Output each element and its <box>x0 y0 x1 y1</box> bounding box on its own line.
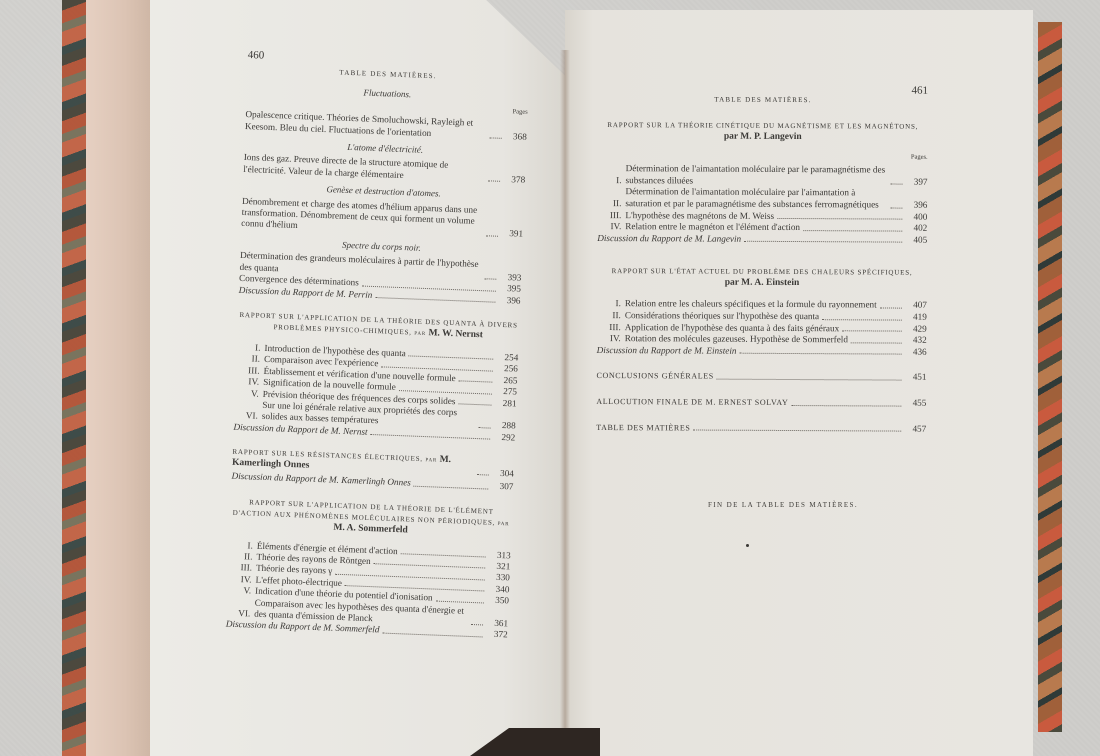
entry-title: Dénombrement et charge des atomes d'héli… <box>241 196 484 239</box>
entry-title: TABLE DES MATIÈRES <box>596 421 690 433</box>
right-page-content: 461 TABLE DES MATIÈRES. RAPPORT SUR LA T… <box>596 92 928 449</box>
entry-page: 436 <box>905 346 927 358</box>
dot-leader <box>739 353 901 355</box>
entry-page: 372 <box>485 629 507 641</box>
left-page-content: 460 TABLE DES MATIÈRES. Fluctuations.Pag… <box>226 48 530 641</box>
toc-entry: II.Détermination de l'aimantation molécu… <box>597 186 927 211</box>
entry-page: 457 <box>904 423 926 435</box>
dot-leader <box>488 181 500 182</box>
report-author: M. Kamerlingh Onnes <box>232 455 451 471</box>
report-heading: RAPPORT SUR LA THÉORIE CINÉTIQUE DU MAGN… <box>598 120 928 144</box>
entry-number: V. <box>235 387 263 399</box>
running-head: TABLE DES MATIÈRES. <box>598 94 928 107</box>
entry-page: 281 <box>494 397 516 409</box>
entry-number: IV. <box>597 221 625 233</box>
entry-number: IV. <box>597 333 625 345</box>
marbled-cover-left <box>62 0 86 756</box>
entry-page: 288 <box>493 420 515 432</box>
entry-page: 405 <box>905 234 927 246</box>
entry-title: CONCLUSIONS GÉNÉRALES <box>596 370 713 382</box>
dot-leader <box>458 403 491 405</box>
entry-page: 397 <box>906 176 928 188</box>
dot-leader <box>744 241 902 243</box>
entry-page: 396 <box>498 294 520 306</box>
dot-leader <box>414 485 489 489</box>
entry-title: Discussion du Rapport de M. Einstein <box>597 345 737 357</box>
dot-leader <box>486 235 498 236</box>
toc-entry: Discussion du Rapport de M. Einstein436 <box>597 345 927 358</box>
entry-title: Relation entre le magnéton et l'élément … <box>625 221 800 234</box>
dot-leader <box>851 342 902 343</box>
entry-title: ALLOCUTION FINALE DE M. ERNEST SOLVAY <box>596 396 788 409</box>
dot-leader <box>459 380 493 382</box>
entry-page: 361 <box>486 618 508 630</box>
entry-page: 340 <box>487 583 509 595</box>
dot-leader <box>842 330 902 331</box>
entry-number: I. <box>598 175 626 187</box>
dot-leader <box>777 218 902 220</box>
paper-speck <box>746 544 749 547</box>
entry-page: 265 <box>495 374 517 386</box>
entry-page: 400 <box>905 211 927 223</box>
entry-page: 292 <box>493 431 515 443</box>
report-heading: RAPPORT SUR L'ÉTAT ACTUEL DU PROBLÈME DE… <box>597 266 927 290</box>
entry-page: 419 <box>905 312 927 324</box>
entry-page: 275 <box>495 386 517 398</box>
dot-leader <box>822 319 902 320</box>
report-byline: par M. A. Einstein <box>725 278 800 288</box>
dot-leader <box>490 137 502 138</box>
entry-title: Détermination de l'aimantation moléculai… <box>625 187 887 212</box>
dot-leader <box>471 624 483 625</box>
entry-page: 393 <box>499 272 521 284</box>
entry-page: 429 <box>905 323 927 335</box>
entry-page: 321 <box>488 561 510 573</box>
entry-title: Considérations théoriques sur l'hypothès… <box>625 310 819 323</box>
entry-number: II. <box>597 198 625 210</box>
entry-title: Détermination de l'aimantation moléculai… <box>626 163 888 188</box>
entry-page: 407 <box>905 300 927 312</box>
entry-number: I. <box>597 298 625 310</box>
dot-leader <box>370 434 490 440</box>
dot-leader <box>484 278 496 279</box>
entry-title: L'hypothèse des magnétons de M. Weiss <box>625 210 774 222</box>
entry-page: 396 <box>905 200 927 212</box>
report-heading: RAPPORT SUR L'APPLICATION DE LA THÉORIE … <box>237 310 520 343</box>
dot-leader <box>477 474 489 475</box>
report-author: M. A. Sommerfeld <box>333 522 408 535</box>
toc-entry: I.Détermination de l'aimantation molécul… <box>598 163 928 188</box>
toc-entry: Discussion du Rapport de M. Langevin405 <box>597 233 927 246</box>
entry-page: 350 <box>487 595 509 607</box>
closing-entry: TABLE DES MATIÈRES457 <box>596 421 926 434</box>
dot-leader <box>479 427 491 428</box>
dot-leader <box>891 184 903 185</box>
dot-leader <box>803 230 902 232</box>
entry-page: 378 <box>503 174 525 186</box>
closing-entry: CONCLUSIONS GÉNÉRALES451 <box>596 370 926 383</box>
page-block-edge <box>86 0 150 756</box>
closing-entry: ALLOCUTION FINALE DE M. ERNEST SOLVAY455 <box>596 396 926 409</box>
entry-number: III. <box>597 210 625 222</box>
dot-leader <box>375 297 495 303</box>
dot-leader <box>880 307 902 308</box>
entry-number: V. <box>227 585 255 597</box>
entry-page: 313 <box>489 549 511 561</box>
report-heading: RAPPORT SUR L'APPLICATION DE LA THÉORIE … <box>230 496 513 540</box>
page-number: 461 <box>911 86 928 98</box>
dot-leader <box>435 600 483 603</box>
entry-title: Discussion du Rapport de M. Langevin <box>597 233 741 245</box>
pages-label: Pages. <box>598 150 928 163</box>
entry-page: 432 <box>905 335 927 347</box>
entry-number: III. <box>597 322 625 334</box>
entry-page: 402 <box>905 223 927 235</box>
toc-entry: Dénombrement et charge des atomes d'héli… <box>241 196 524 241</box>
dot-leader <box>890 207 902 208</box>
entry-page: 307 <box>491 481 513 493</box>
entry-number: II. <box>597 310 625 322</box>
dot-leader <box>791 405 901 407</box>
entry-page: 455 <box>904 398 926 410</box>
page-number: 460 <box>247 50 264 62</box>
book-gutter <box>560 50 570 756</box>
entry-page: 330 <box>488 572 510 584</box>
dot-leader <box>717 379 902 381</box>
report-author: M. W. Nernst <box>428 328 483 340</box>
report-byline: par M. P. Langevin <box>724 131 802 141</box>
dot-leader <box>693 430 901 432</box>
end-note: FIN DE LA TABLE DES MATIÈRES. <box>708 501 858 509</box>
entry-page: 304 <box>492 467 514 479</box>
entry-page: 256 <box>496 363 518 375</box>
marbled-cover-right <box>1038 22 1062 732</box>
entry-page: 451 <box>904 372 926 384</box>
entry-page: 395 <box>499 283 521 295</box>
entry-page: 368 <box>505 131 527 143</box>
entry-page: 254 <box>496 352 518 364</box>
entry-page: 391 <box>501 228 523 240</box>
dot-leader <box>382 632 482 637</box>
